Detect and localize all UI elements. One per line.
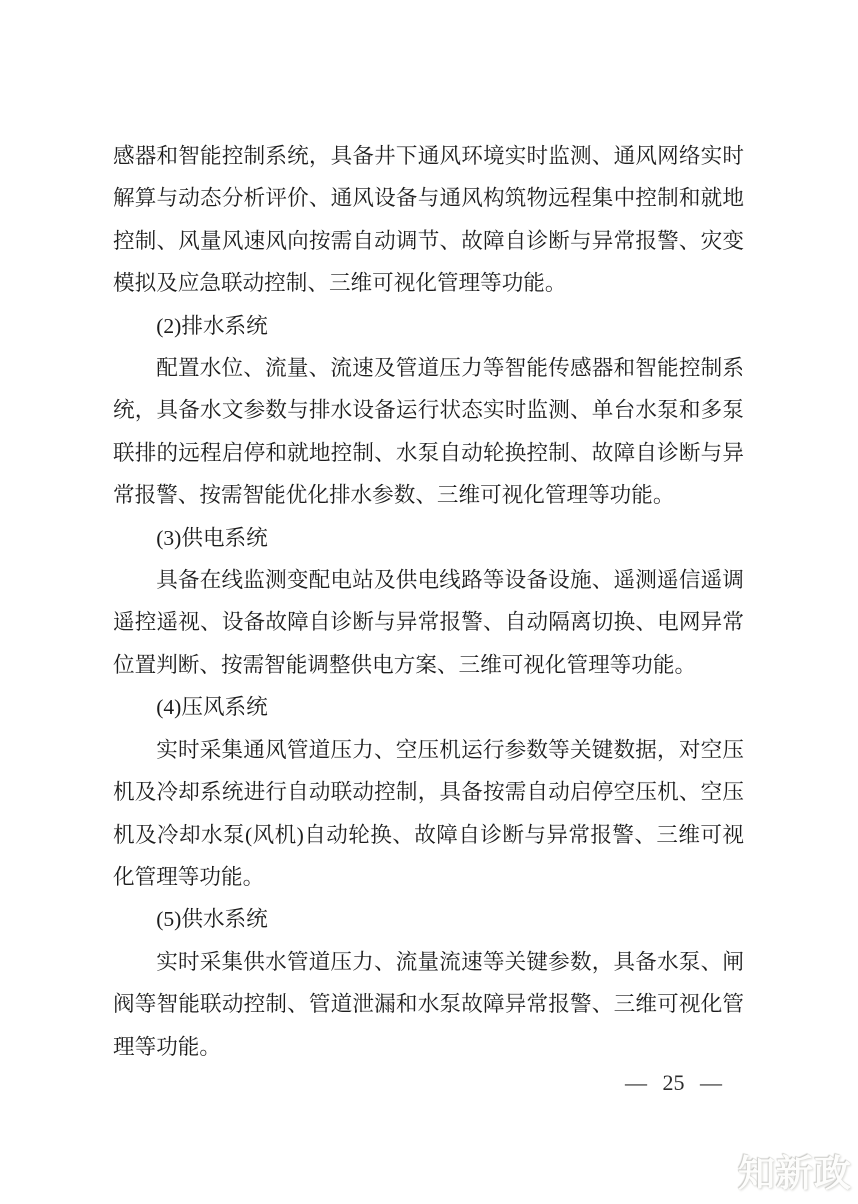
page-number: — 25 — [625, 1068, 722, 1098]
watermark: 知新政 [738, 1143, 852, 1197]
paragraph-power-supply-system: 具备在线监测变配电站及供电线路等设备设施、遥测遥信遥调遥控遥视、设备故障自诊断与… [113, 559, 744, 686]
paragraph-water-supply-system: 实时采集供水管道压力、流量流速等关键参数，具备水泵、闸阀等智能联动控制、管道泄漏… [113, 941, 744, 1068]
paragraph-ventilation-continuation: 感器和智能控制系统，具备井下通风环境实时监测、通风网络实时解算与动态分析评价、通… [113, 135, 744, 305]
section-heading-water-supply-system: (5)供水系统 [113, 898, 744, 940]
paragraph-compressed-air-system: 实时采集通风管道压力、空压机运行参数等关键数据，对空压机及冷却系统进行自动联动控… [113, 729, 744, 899]
document-page: { "page": { "background_color": "#ffffff… [0, 0, 858, 1204]
document-body: 感器和智能控制系统，具备井下通风环境实时监测、通风网络实时解算与动态分析评价、通… [113, 135, 744, 1068]
section-heading-power-supply-system: (3)供电系统 [113, 517, 744, 559]
section-heading-compressed-air-system: (4)压风系统 [113, 686, 744, 728]
section-heading-drainage-system: (2)排水系统 [113, 305, 744, 347]
paragraph-drainage-system: 配置水位、流量、流速及管道压力等智能传感器和智能控制系统，具备水文参数与排水设备… [113, 347, 744, 517]
